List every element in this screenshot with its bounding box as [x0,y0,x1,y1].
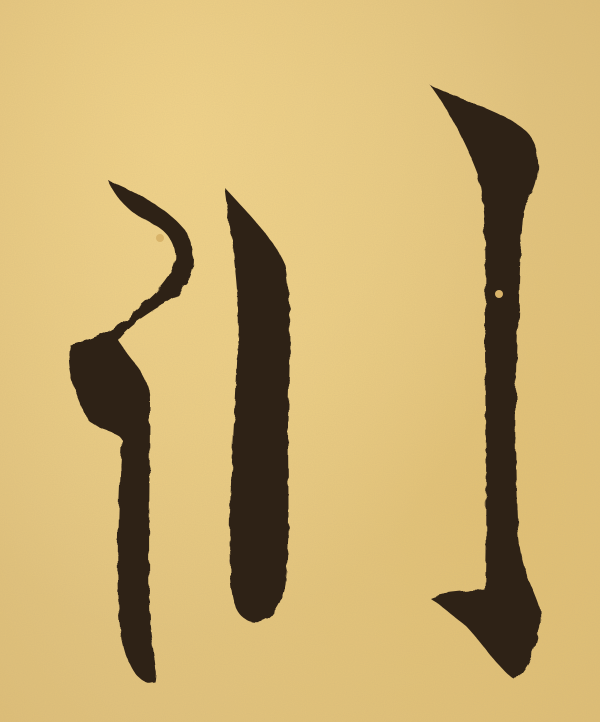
calligraphy-character-chuan [0,0,600,722]
ink-speck [156,234,164,242]
ink-speck [495,290,503,298]
calligraphy-sheet: 川 [0,0,600,722]
